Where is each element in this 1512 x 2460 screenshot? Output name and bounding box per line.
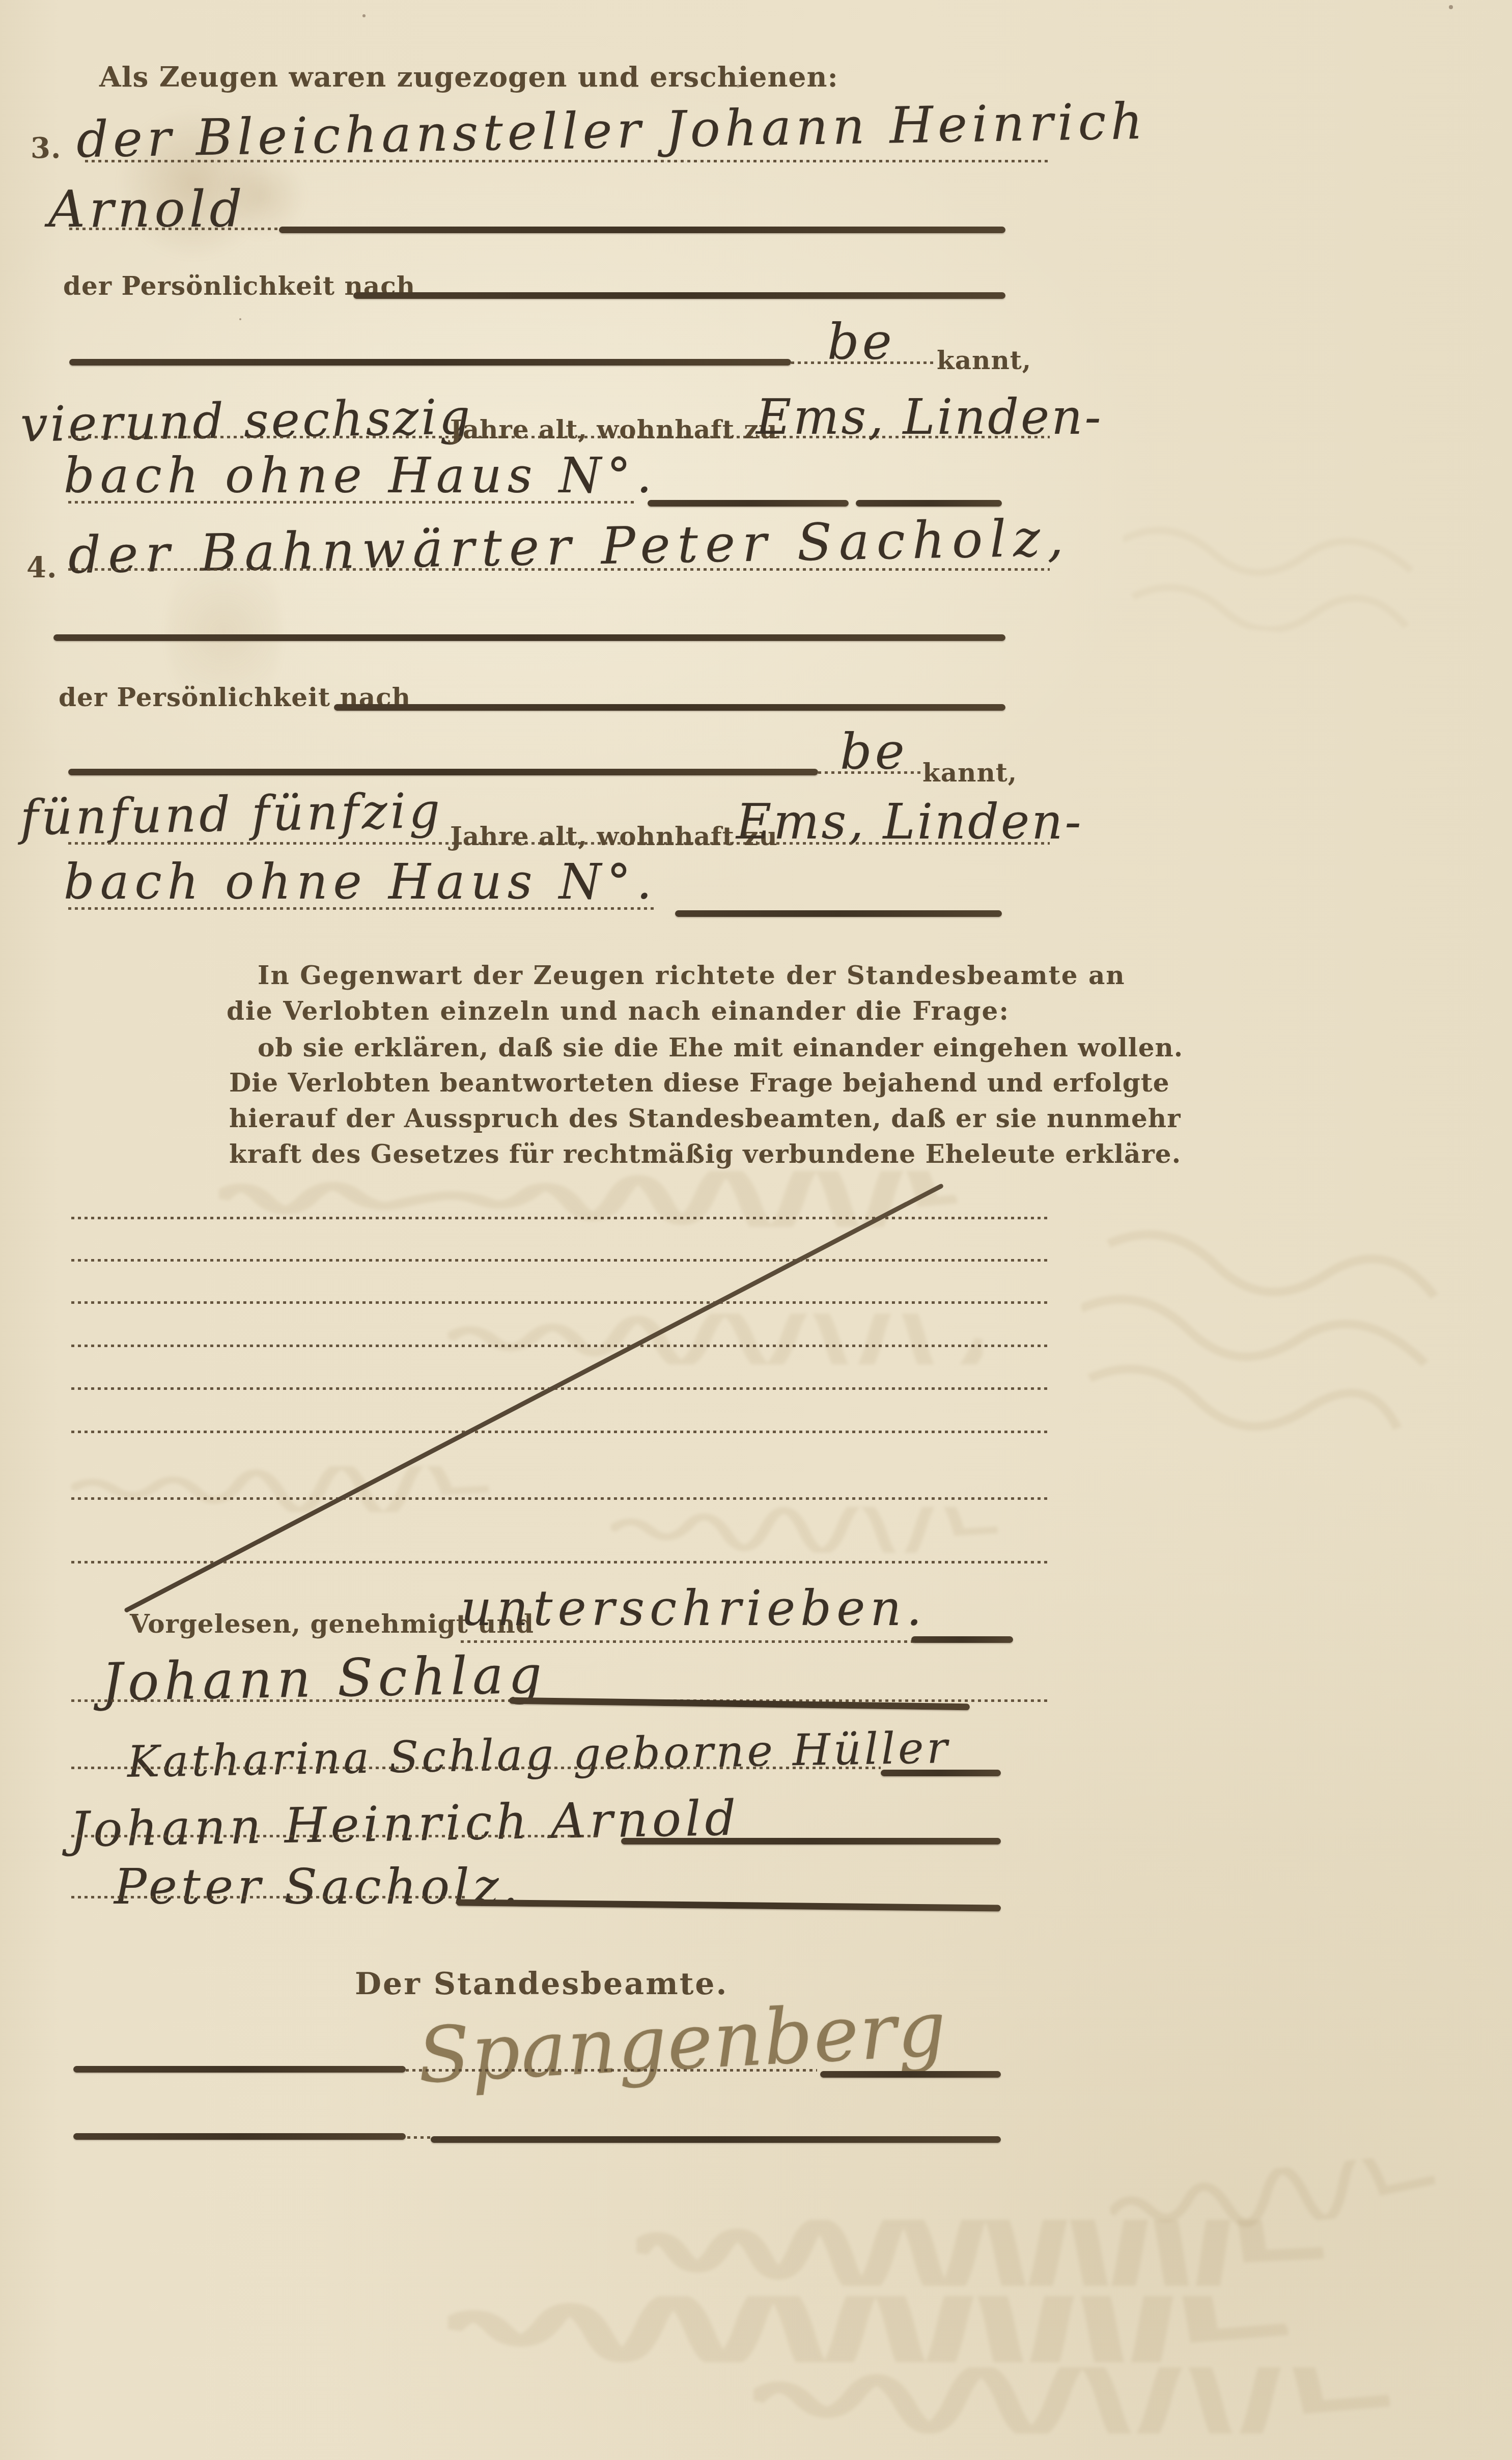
- witness3-residence-line2: bach ohne Haus N°.: [64, 448, 657, 504]
- document-page: Als Zeugen waren zugezogen und erschiene…: [0, 0, 1512, 2460]
- filled-rule: [648, 500, 849, 507]
- witness3-entry-line1: der Bleichansteller Johann Heinrich: [76, 93, 1147, 170]
- filled-rule: [68, 769, 818, 775]
- declaration-line: kraft des Gesetzes für rechtmäßig verbun…: [229, 1139, 1181, 1169]
- filled-rule: [334, 704, 1005, 711]
- bleed-through-ink: [448, 1313, 983, 1364]
- signature-witness3: Johann Heinrich Arnold: [69, 1791, 740, 1858]
- dotted-rule: [68, 501, 634, 504]
- dotted-rule: [68, 568, 1050, 571]
- dotted-rule: [71, 1835, 601, 1837]
- dotted-rule: [407, 2136, 431, 2139]
- witness4-residence-line2: bach ohne Haus N°.: [64, 854, 657, 910]
- dotted-rule: [68, 842, 1050, 845]
- filled-rule: [73, 2133, 406, 2140]
- bleed-through-ink: [1067, 1208, 1459, 1460]
- filled-rule: [820, 2071, 1001, 2078]
- printed-header: Als Zeugen waren zugezogen und erschiene…: [99, 60, 838, 93]
- ink-speck: [362, 14, 366, 17]
- dotted-rule: [71, 1767, 881, 1769]
- filled-rule: [53, 634, 1005, 641]
- dotted-rule: [71, 1896, 468, 1898]
- dotted-rule: [71, 1387, 1050, 1390]
- filled-rule: [456, 1899, 1001, 1911]
- filled-rule: [279, 227, 1005, 233]
- signature-bridegroom: Johann Schlag: [101, 1644, 547, 1713]
- declaration-line: In Gegenwart der Zeugen richtete der Sta…: [258, 960, 1126, 990]
- witness3-number: 3.: [31, 131, 61, 165]
- ink-speck: [239, 318, 241, 320]
- dotted-rule: [71, 1345, 1050, 1347]
- witness3-recognition-handwritten: be: [827, 313, 895, 371]
- bleed-through-ink: [71, 1466, 489, 1512]
- dotted-rule: [85, 160, 1050, 162]
- witness4-recognition-handwritten: be: [840, 723, 908, 781]
- declaration-line: die Verlobten einzeln und nach einander …: [227, 996, 1010, 1026]
- dotted-rule: [69, 228, 311, 230]
- declaration-line: hierauf der Ausspruch des Standesbeamten…: [229, 1103, 1181, 1133]
- bleed-through-ink: [1116, 506, 1430, 644]
- filled-rule: [69, 359, 791, 366]
- witness4-number: 4.: [26, 551, 57, 584]
- ink-speck: [1449, 5, 1453, 9]
- bleed-through-ink: [753, 2367, 1390, 2434]
- dotted-rule: [71, 1497, 1050, 1500]
- filled-rule: [675, 910, 1002, 917]
- dotted-rule: [71, 1301, 1050, 1304]
- witness4-age-printed: Jahre alt, wohnhaft zu: [450, 821, 778, 851]
- witness3-age-handwritten: vierund sechszig: [20, 389, 473, 453]
- witness4-entry-line1: der Bahnwärter Peter Sacholz,: [68, 508, 1071, 585]
- filled-rule: [911, 1636, 1013, 1643]
- dotted-rule: [71, 1217, 1050, 1219]
- dotted-rule: [68, 436, 1050, 438]
- witness4-recognition-printed: kannt,: [922, 758, 1017, 788]
- registrar-title: Der Standesbeamte.: [355, 1966, 728, 2002]
- filled-rule: [856, 500, 1002, 507]
- dotted-rule: [406, 2069, 817, 2072]
- closing-handwritten: unterschrieben.: [461, 1581, 927, 1637]
- filled-rule: [73, 2066, 406, 2073]
- filled-rule: [431, 2136, 1001, 2143]
- witness4-age-handwritten: fünfund fünfzig: [20, 783, 443, 846]
- bleed-through-ink: [611, 1507, 998, 1553]
- witness3-age-printed: Jahre alt, wohnhaft zu: [450, 414, 778, 444]
- filled-rule: [353, 292, 1005, 299]
- filled-rule: [881, 1770, 1001, 1776]
- filled-rule: [621, 1838, 1001, 1844]
- bleed-through-ink: [448, 2296, 1288, 2362]
- dotted-rule: [71, 1259, 1050, 1262]
- signature-bride: Katharina Schlag geborne Hüller: [127, 1723, 951, 1787]
- declaration-line: Die Verlobten beantworteten diese Frage …: [229, 1068, 1170, 1098]
- dotted-rule: [71, 1431, 1050, 1433]
- witness3-recognition-printed: kannt,: [937, 345, 1031, 375]
- declaration-line: ob sie erklären, daß sie die Ehe mit ein…: [258, 1032, 1183, 1063]
- dotted-rule: [68, 907, 655, 910]
- signature-witness4: Peter Sacholz.: [114, 1859, 522, 1915]
- registrar-signature: Spangenberg: [415, 1984, 949, 2101]
